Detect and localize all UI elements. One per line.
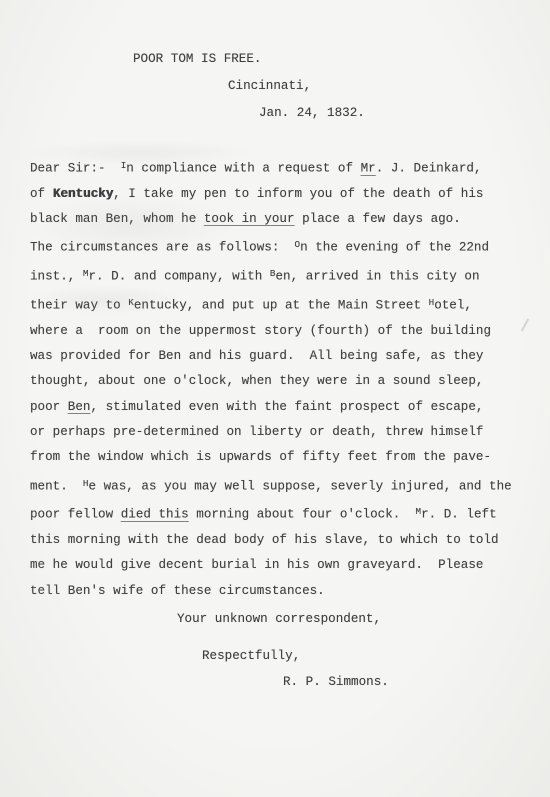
letter-text-segment: Kentucky xyxy=(53,187,113,201)
letter-text-segment: black man Ben, whom he xyxy=(30,212,204,226)
letter-text-segment: died this xyxy=(121,508,189,522)
dateline-date: Jan. 24, 1832. xyxy=(259,100,550,127)
letter-line: this morning with the dead body of his s… xyxy=(30,528,532,553)
letter-text-segment: morning about four o'clock. xyxy=(189,508,416,522)
letter-text-segment: inst., xyxy=(30,270,83,284)
letter-line: their way to Kentucky, and put up at the… xyxy=(30,290,532,319)
letter-line: where a room on the uppermost story (fou… xyxy=(30,319,532,344)
letter-text-segment: r. D. left xyxy=(421,508,497,522)
letter-line: poor fellow died this morning about four… xyxy=(30,499,532,528)
closing-respectfully-line: Respectfully, xyxy=(202,644,550,669)
letter-text-segment: thought, about one o'clock, when they we… xyxy=(30,374,483,388)
letter-text-segment: , I take my pen to inform you of the dea… xyxy=(113,187,483,201)
letter-line: of Kentucky, I take my pen to inform you… xyxy=(30,182,532,207)
letter-page: POOR TOM IS FREE. Cincinnati, Jan. 24, 1… xyxy=(0,0,550,797)
letter-text-segment: from the window which is upwards of fift… xyxy=(30,450,491,464)
letter-text-segment: entucky, and put up at the Main Street xyxy=(134,298,429,312)
letter-text-segment: their way to xyxy=(30,298,128,312)
letter-text-segment: en, arrived in this city on xyxy=(275,270,479,284)
letter-line: poor Ben, stimulated even with the faint… xyxy=(30,395,532,420)
letter-text-segment: this morning with the dead body of his s… xyxy=(30,533,499,547)
letter-text-segment: , stimulated even with the faint prospec… xyxy=(90,400,483,414)
letter-text-segment: The circumstances are as follows: xyxy=(30,241,295,255)
letter-heading: POOR TOM IS FREE. Cincinnati, Jan. 24, 1… xyxy=(0,0,550,127)
letter-line: was provided for Ben and his guard. All … xyxy=(30,344,532,369)
letter-title: POOR TOM IS FREE. xyxy=(133,46,550,73)
letter-line: thought, about one o'clock, when they we… xyxy=(30,369,532,394)
letter-line: tell Ben's wife of these circumstances. xyxy=(30,579,532,604)
letter-closing: Your unknown correspondent, Respectfully… xyxy=(0,607,550,695)
letter-text-segment: otel, xyxy=(434,298,472,312)
letter-text-segment: Dear Sir:- xyxy=(30,162,121,176)
letter-text-segment: place a few days ago. xyxy=(295,212,461,226)
letter-text-segment: r. D. and company, with xyxy=(89,270,270,284)
letter-text-segment: where a room on the uppermost story (fou… xyxy=(30,324,491,338)
letter-line: Dear Sir:- In compliance with a request … xyxy=(30,153,532,182)
letter-line: black man Ben, whom he took in your plac… xyxy=(30,207,532,232)
letter-text-segment: me he would give decent burial in his ow… xyxy=(30,558,483,572)
letter-text-segment: n the evening of the 22nd xyxy=(300,241,489,255)
dateline-city: Cincinnati, xyxy=(228,73,550,100)
letter-text-segment: poor xyxy=(30,400,68,414)
letter-line: me he would give decent burial in his ow… xyxy=(30,553,532,578)
letter-line: from the window which is upwards of fift… xyxy=(30,445,532,470)
letter-line: or perhaps pre-determined on liberty or … xyxy=(30,420,532,445)
letter-text-segment: took in your xyxy=(204,212,295,226)
letter-text-segment: of xyxy=(30,187,53,201)
letter-text-segment: poor fellow xyxy=(30,508,121,522)
letter-text-segment: ment. xyxy=(30,479,83,493)
letter-text-segment: tell Ben's wife of these circumstances. xyxy=(30,584,325,598)
closing-correspondent-line: Your unknown correspondent, xyxy=(177,607,550,632)
letter-body: Dear Sir:- In compliance with a request … xyxy=(30,153,532,604)
letter-line: ment. He was, as you may well suppose, s… xyxy=(30,471,532,500)
letter-text-segment: was provided for Ben and his guard. All … xyxy=(30,349,483,363)
letter-text-segment: n compliance with a request of xyxy=(126,162,360,176)
letter-text-segment: Ben xyxy=(68,400,91,414)
letter-line: inst., Mr. D. and company, with Ben, arr… xyxy=(30,261,532,290)
letter-text-segment: or perhaps pre-determined on liberty or … xyxy=(30,425,483,439)
letter-line: The circumstances are as follows: On the… xyxy=(30,232,532,261)
signature-line: R. P. Simmons. xyxy=(283,670,550,695)
letter-text-segment: . J. Deinkard, xyxy=(376,162,482,176)
letter-text-segment: e was, as you may well suppose, severly … xyxy=(89,479,512,493)
letter-text-segment: Mr xyxy=(361,162,376,176)
